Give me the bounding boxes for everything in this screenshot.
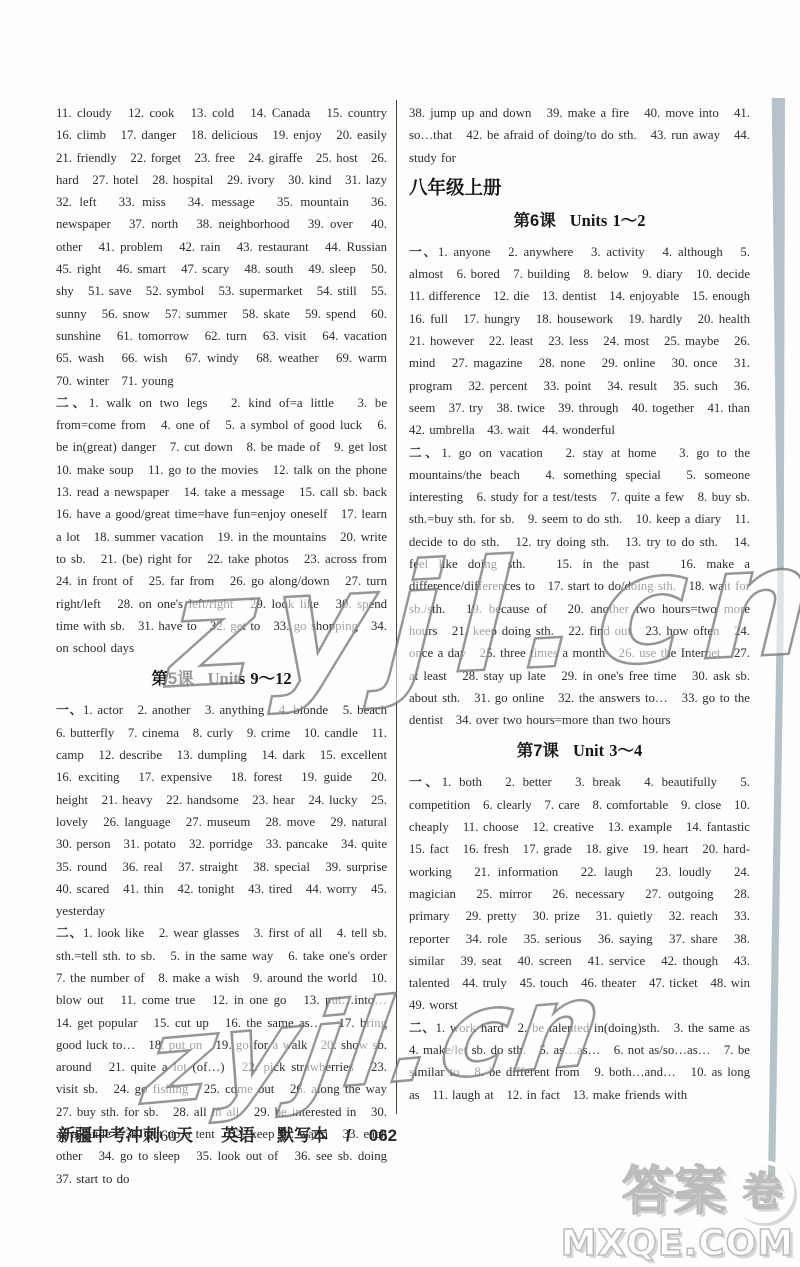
footer-subject: 英语 (221, 1126, 255, 1145)
lesson5-title-zh: 第5课 (151, 670, 193, 688)
section-prefix: 二、 (56, 396, 89, 410)
page-footer: 新疆中考冲刺60天英语默写本/062 (58, 1121, 397, 1146)
section-prefix: 二、 (56, 926, 83, 940)
phrase-list-continued: 38. jump up and down 39. make a fire 40.… (409, 102, 750, 169)
phrase-section: 二、1. work hard 2. be talented in(doing)s… (409, 1017, 750, 1106)
footer-days: 60 (160, 1128, 176, 1145)
phrase-section: 二、1. walk on two legs 2. kind of=a littl… (56, 392, 387, 660)
footer-series: 新疆中考冲刺 (58, 1126, 160, 1145)
word-list: 1. actor 2. another 3. anything 4. blond… (56, 703, 400, 918)
badge-circle-icon: 卷 (731, 1160, 794, 1223)
watermark-answer-badge: 答案卷 MXQE.COM (561, 1160, 794, 1264)
word-list: 1. anyone 2. anywhere 3. activity 4. alt… (409, 245, 763, 437)
left-column: 11. cloudy 12. cook 13. cold 14. Canada … (56, 102, 387, 1190)
word-section: 一、1. both 2. better 3. break 4. beautifu… (409, 771, 750, 1016)
word-section: 一、1. actor 2. another 3. anything 4. blo… (56, 699, 387, 922)
grade-header: 八年级上册 (409, 175, 750, 201)
section-prefix: 一、 (409, 245, 438, 259)
lesson6-title-zh: 第6课 (514, 212, 556, 230)
badge-text: 答案 (622, 1163, 726, 1221)
section-prefix: 一、 (409, 775, 442, 789)
section-prefix: 二、 (409, 1021, 436, 1035)
footer-slash: / (346, 1126, 351, 1145)
phrase-section: 二、1. look like 2. wear glasses 3. first … (56, 922, 387, 1190)
lesson5-title-en: Units 9～12 (208, 669, 292, 688)
word-section: 一、1. anyone 2. anywhere 3. activity 4. a… (409, 241, 750, 442)
lesson6-title-en: Units 1～2 (570, 211, 646, 230)
section-prefix: 一、 (56, 703, 83, 717)
page-edge-shadow (768, 98, 785, 1180)
scanned-workbook-page: 11. cloudy 12. cook 13. cold 14. Canada … (0, 0, 800, 1267)
lesson7-header: 第7课Unit 3～4 (409, 739, 750, 763)
footer-book: 默写本 (277, 1126, 328, 1145)
phrase-list: 1. walk on two legs 2. kind of=a little … (56, 396, 400, 655)
phrase-section: 二、1. go on vacation 2. stay at home 3. g… (409, 442, 750, 732)
lesson6-header: 第6课Units 1～2 (409, 209, 750, 233)
word-list: 1. both 2. better 3. break 4. beautifull… (409, 775, 763, 1012)
right-column: 38. jump up and down 39. make a fire 40.… (409, 102, 750, 1106)
phrase-list: 1. work hard 2. be talented in(doing)sth… (409, 1021, 763, 1102)
badge-chinese: 答案卷 (561, 1160, 794, 1223)
lesson7-title-en: Unit 3～4 (573, 741, 642, 760)
footer-days-suffix: 天 (176, 1126, 193, 1145)
section-prefix: 二、 (409, 446, 441, 460)
badge-url: MXQE.COM (561, 1224, 794, 1264)
word-list-continued: 11. cloudy 12. cook 13. cold 14. Canada … (56, 102, 387, 392)
footer-page-number: 062 (369, 1126, 397, 1145)
lesson7-title-zh: 第7课 (517, 742, 559, 760)
phrase-list: 1. look like 2. wear glasses 3. first of… (56, 926, 400, 1185)
phrase-list: 1. go on vacation 2. stay at home 3. go … (409, 446, 754, 728)
lesson5-header: 第5课Units 9～12 (56, 667, 387, 691)
